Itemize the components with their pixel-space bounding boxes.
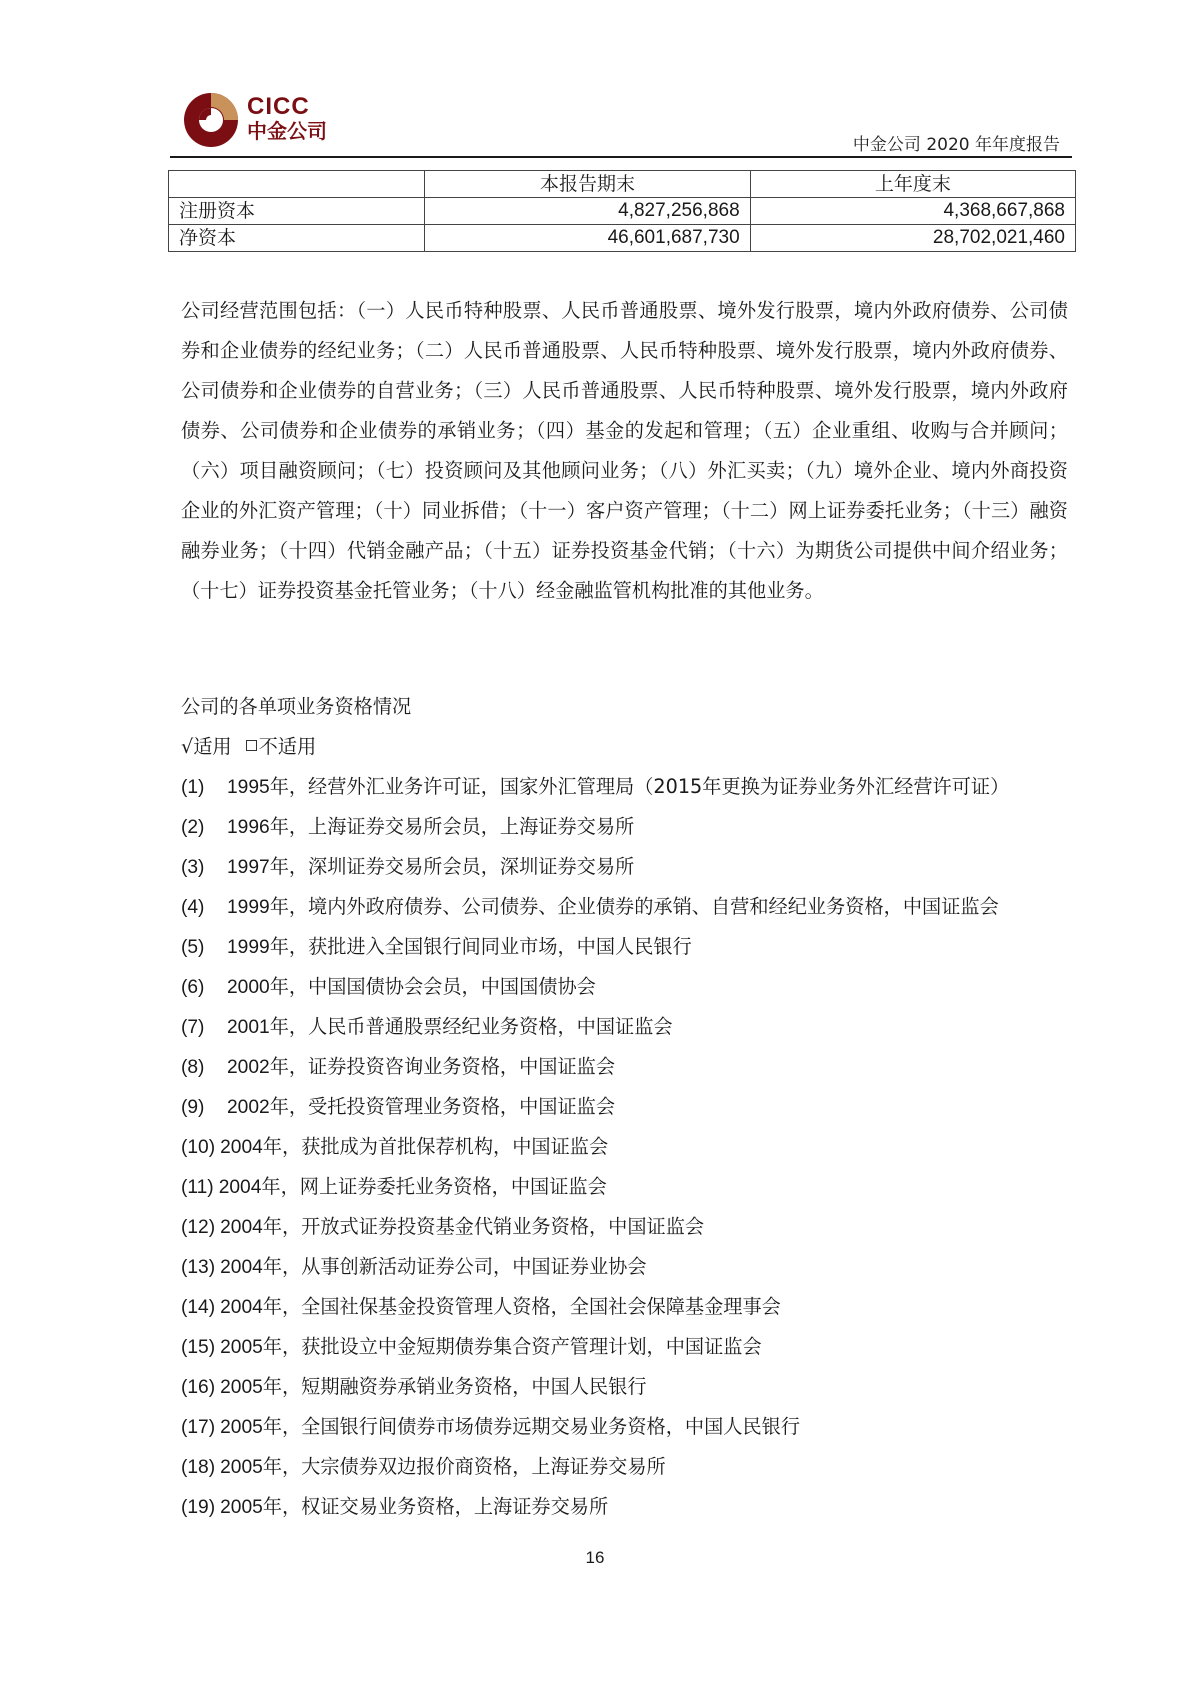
list-item: (4)1999年，境内外政府债券、公司债券、企业债券的承销、自营和经纪业务资格，…: [181, 893, 1081, 933]
qualifications-title: 公司的各单项业务资格情况: [181, 693, 411, 721]
item-text: 年，短期融资券承销业务资格，中国人民银行: [263, 1375, 647, 1398]
item-year: 2004: [220, 1217, 263, 1238]
table-row: 注册资本 4,827,256,868 4,368,667,868: [169, 198, 1076, 225]
list-item: (1)1995年，经营外汇业务许可证，国家外汇管理局（2015年更换为证券业务外…: [181, 773, 1081, 813]
applicable-label: 适用: [193, 735, 231, 758]
item-index: (13): [181, 1254, 215, 1282]
row-label: 注册资本: [169, 198, 425, 225]
not-applicable-label: 不适用: [259, 735, 317, 758]
item-index: (15): [181, 1334, 215, 1362]
item-year: 2004: [220, 1137, 263, 1158]
list-item: (2)1996年，上海证券交易所会员，上海证券交易所: [181, 813, 1081, 853]
item-year: 2000: [227, 977, 270, 998]
list-item: (8)2002年，证券投资咨询业务资格，中国证监会: [181, 1053, 1081, 1093]
empty-checkbox-icon: [246, 740, 257, 751]
list-item: (15)2005年，获批设立中金短期债券集合资产管理计划，中国证监会: [181, 1333, 1081, 1373]
list-item: (14)2004年，全国社保基金投资管理人资格，全国社会保障基金理事会: [181, 1293, 1081, 1333]
item-index: (10): [181, 1134, 215, 1162]
previous-value: 28,702,021,460: [750, 225, 1075, 252]
list-item: (7)2001年，人民币普通股票经纪业务资格，中国证监会: [181, 1013, 1081, 1053]
list-item: (5)1999年，获批进入全国银行间同业市场，中国人民银行: [181, 933, 1081, 973]
item-text: 年，网上证券委托业务资格，中国证监会: [261, 1175, 606, 1198]
item-index: (2): [181, 814, 227, 842]
logo-text-en: CICC: [247, 95, 310, 119]
item-text: 年，深圳证券交易所会员，深圳证券交易所: [270, 855, 635, 878]
previous-value: 4,368,667,868: [750, 198, 1075, 225]
item-text: 年，全国银行间债券市场债券远期交易业务资格，中国人民银行: [263, 1415, 800, 1438]
item-text: 年，获批成为首批保荐机构，中国证监会: [263, 1135, 608, 1158]
list-item: (16)2005年，短期融资券承销业务资格，中国人民银行: [181, 1373, 1081, 1413]
report-title: 中金公司 2020 年年度报告: [853, 130, 1060, 155]
row-label: 净资本: [169, 225, 425, 252]
item-text: 年，中国国债协会会员，中国国债协会: [270, 975, 596, 998]
applicability-selector: √适用不适用: [181, 733, 316, 761]
item-index: (9): [181, 1094, 227, 1122]
item-index: (19): [181, 1494, 215, 1522]
item-year: 2004: [220, 1297, 263, 1318]
list-item: (19)2005年，权证交易业务资格，上海证券交易所: [181, 1493, 1081, 1533]
item-year: 1997: [227, 857, 270, 878]
check-mark-icon: √: [181, 735, 193, 758]
item-index: (8): [181, 1054, 227, 1082]
list-item: (11)2004年，网上证券委托业务资格，中国证监会: [181, 1173, 1081, 1213]
item-year: 1999: [227, 937, 270, 958]
list-item: (17)2005年，全国银行间债券市场债券远期交易业务资格，中国人民银行: [181, 1413, 1081, 1453]
item-text: 年，开放式证券投资基金代销业务资格，中国证监会: [263, 1215, 704, 1238]
list-item: (12)2004年，开放式证券投资基金代销业务资格，中国证监会: [181, 1213, 1081, 1253]
current-value: 46,601,687,730: [425, 225, 750, 252]
table-header-cell: 上年度末: [750, 171, 1075, 198]
table-row: 净资本 46,601,687,730 28,702,021,460: [169, 225, 1076, 252]
item-index: (4): [181, 894, 227, 922]
list-item: (6)2000年，中国国债协会会员，中国国债协会: [181, 973, 1081, 1013]
item-index: (14): [181, 1294, 215, 1322]
item-year: 2005: [220, 1337, 263, 1358]
item-text: 年，权证交易业务资格，上海证券交易所: [263, 1495, 608, 1518]
item-year: 2005: [220, 1377, 263, 1398]
item-text: 年，获批设立中金短期债券集合资产管理计划，中国证监会: [263, 1335, 762, 1358]
list-item: (3)1997年，深圳证券交易所会员，深圳证券交易所: [181, 853, 1081, 893]
item-index: (3): [181, 854, 227, 882]
item-year: 1999: [227, 897, 270, 918]
header-divider: [170, 156, 1072, 158]
item-text: 年，上海证券交易所会员，上海证券交易所: [270, 815, 635, 838]
list-item: (10)2004年，获批成为首批保荐机构，中国证监会: [181, 1133, 1081, 1173]
item-year: 2004: [220, 1257, 263, 1278]
page-number: 16: [0, 1548, 1190, 1568]
item-index: (12): [181, 1214, 215, 1242]
item-year: 2001: [227, 1017, 270, 1038]
item-index: (5): [181, 934, 227, 962]
business-scope-paragraph: 公司经营范围包括：（一）人民币特种股票、人民币普通股票、境外发行股票，境内外政府…: [181, 291, 1068, 611]
item-text: 年，经营外汇业务许可证，国家外汇管理局（2015年更换为证券业务外汇经营许可证）: [270, 775, 1010, 798]
item-index: (16): [181, 1374, 215, 1402]
item-text: 年，从事创新活动证券公司，中国证券业协会: [263, 1255, 647, 1278]
table-header-cell: 本报告期末: [425, 171, 750, 198]
item-index: (18): [181, 1454, 215, 1482]
item-year: 2005: [220, 1497, 263, 1518]
item-index: (17): [181, 1414, 215, 1442]
item-text: 年，人民币普通股票经纪业务资格，中国证监会: [270, 1015, 673, 1038]
item-text: 年，获批进入全国银行间同业市场，中国人民银行: [270, 935, 692, 958]
capital-table: 本报告期末 上年度末 注册资本 4,827,256,868 4,368,667,…: [168, 170, 1076, 252]
list-item: (18)2005年，大宗债券双边报价商资格，上海证券交易所: [181, 1453, 1081, 1493]
item-year: 2005: [220, 1417, 263, 1438]
item-index: (6): [181, 974, 227, 1002]
item-text: 年，大宗债券双边报价商资格，上海证券交易所: [263, 1455, 666, 1478]
item-text: 年，受托投资管理业务资格，中国证监会: [270, 1095, 615, 1118]
table-header-row: 本报告期末 上年度末: [169, 171, 1076, 198]
item-text: 年，证券投资咨询业务资格，中国证监会: [270, 1055, 615, 1078]
item-year: 2002: [227, 1057, 270, 1078]
current-value: 4,827,256,868: [425, 198, 750, 225]
item-text: 年，境内外政府债券、公司债券、企业债券的承销、自营和经纪业务资格，中国证监会: [270, 895, 999, 918]
item-index: (11): [181, 1174, 214, 1202]
item-index: (7): [181, 1014, 227, 1042]
item-year: 1996: [227, 817, 270, 838]
list-item: (13)2004年，从事创新活动证券公司，中国证券业协会: [181, 1253, 1081, 1293]
item-year: 2005: [220, 1457, 263, 1478]
item-text: 年，全国社保基金投资管理人资格，全国社会保障基金理事会: [263, 1295, 781, 1318]
list-item: (9)2002年，受托投资管理业务资格，中国证监会: [181, 1093, 1081, 1133]
item-year: 2004: [219, 1177, 262, 1198]
cicc-logo: CICC 中金公司: [182, 91, 362, 151]
table-header-cell: [169, 171, 425, 198]
item-year: 1995: [227, 777, 270, 798]
qualifications-list: (1)1995年，经营外汇业务许可证，国家外汇管理局（2015年更换为证券业务外…: [181, 773, 1081, 1533]
item-year: 2002: [227, 1097, 270, 1118]
cicc-logo-mark-icon: [182, 91, 240, 149]
logo-text-cn: 中金公司: [247, 119, 327, 143]
item-index: (1): [181, 774, 227, 802]
page-header: CICC 中金公司 中金公司 2020 年年度报告: [170, 85, 1070, 157]
